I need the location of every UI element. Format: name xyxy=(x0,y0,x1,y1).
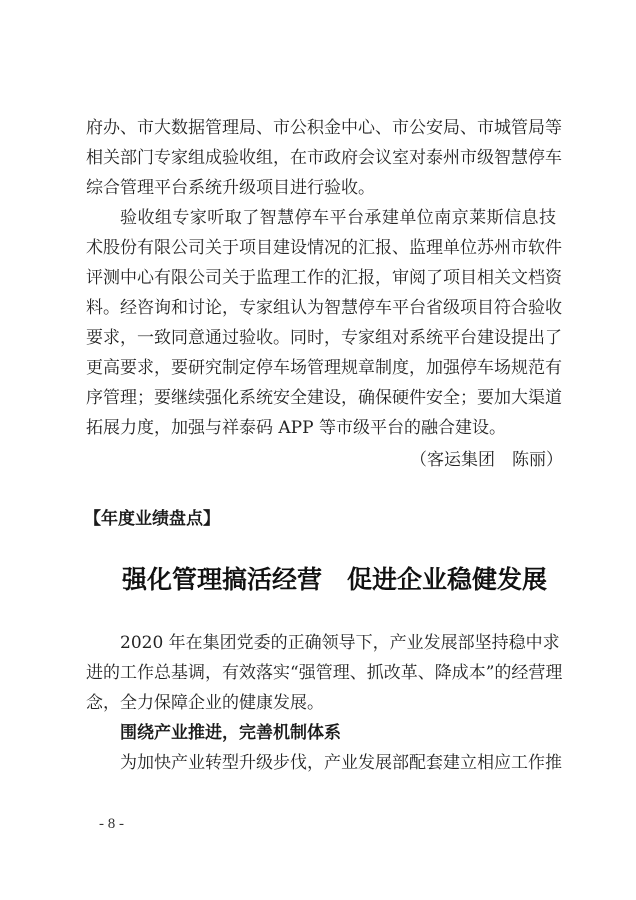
paragraph-line: 拓展力度，加强与祥泰码 APP 等市级平台的融合建设。 xyxy=(86,418,506,438)
section-tag: 【年度业绩盘点】 xyxy=(84,508,220,530)
paragraph-line: 评测中心有限公司关于监理工作的汇报，审阅了项目相关文档资 xyxy=(86,268,556,288)
paragraph-line: 府办、市大数据管理局、市公积金中心、市公安局、市城管局等 xyxy=(86,118,556,138)
paragraph-line: 要求，一致同意通过验收。同时，专家组对系统平台建设提出了 xyxy=(86,328,556,348)
author-attribution: （客运集团 陈丽） xyxy=(410,450,553,470)
paragraph-line: 2020 年在集团党委的正确领导下，产业发展部坚持稳中求 xyxy=(120,633,556,653)
page-number: - 8 - xyxy=(99,815,124,833)
paragraph-line: 术股份有限公司关于项目建设情况的汇报、监理单位苏州市软件 xyxy=(86,238,556,258)
paragraph-line: 为加快产业转型升级步伐，产业发展部配套建立相应工作推 xyxy=(120,753,556,773)
article-title: 强化管理搞活经营 促进企业稳健发展 xyxy=(122,565,520,595)
paragraph-line: 念，全力保障企业的健康发展。 xyxy=(86,693,324,713)
paragraph-line: 综合管理平台系统升级项目进行验收。 xyxy=(86,178,375,198)
document-page: 府办、市大数据管理局、市公积金中心、市公安局、市城管局等 相关部门专家组成验收组… xyxy=(0,0,636,900)
paragraph-line: 进的工作总基调，有效落实“强管理、抓改革、降成本”的经营理 xyxy=(86,663,556,683)
paragraph-line: 料。经咨询和讨论，专家组认为智慧停车平台省级项目符合验收 xyxy=(86,298,556,318)
paragraph-line: 相关部门专家组成验收组，在市政府会议室对泰州市级智慧停车 xyxy=(86,148,556,168)
section-subheading: 围绕产业推进，完善机制体系 xyxy=(120,723,341,743)
paragraph-line: 更高要求，要研究制定停车场管理规章制度，加强停车场规范有 xyxy=(86,358,556,378)
paragraph-line: 验收组专家听取了智慧停车平台承建单位南京莱斯信息技 xyxy=(120,208,556,228)
paragraph-line: 序管理；要继续强化系统安全建设，确保硬件安全；要加大渠道 xyxy=(86,388,556,408)
